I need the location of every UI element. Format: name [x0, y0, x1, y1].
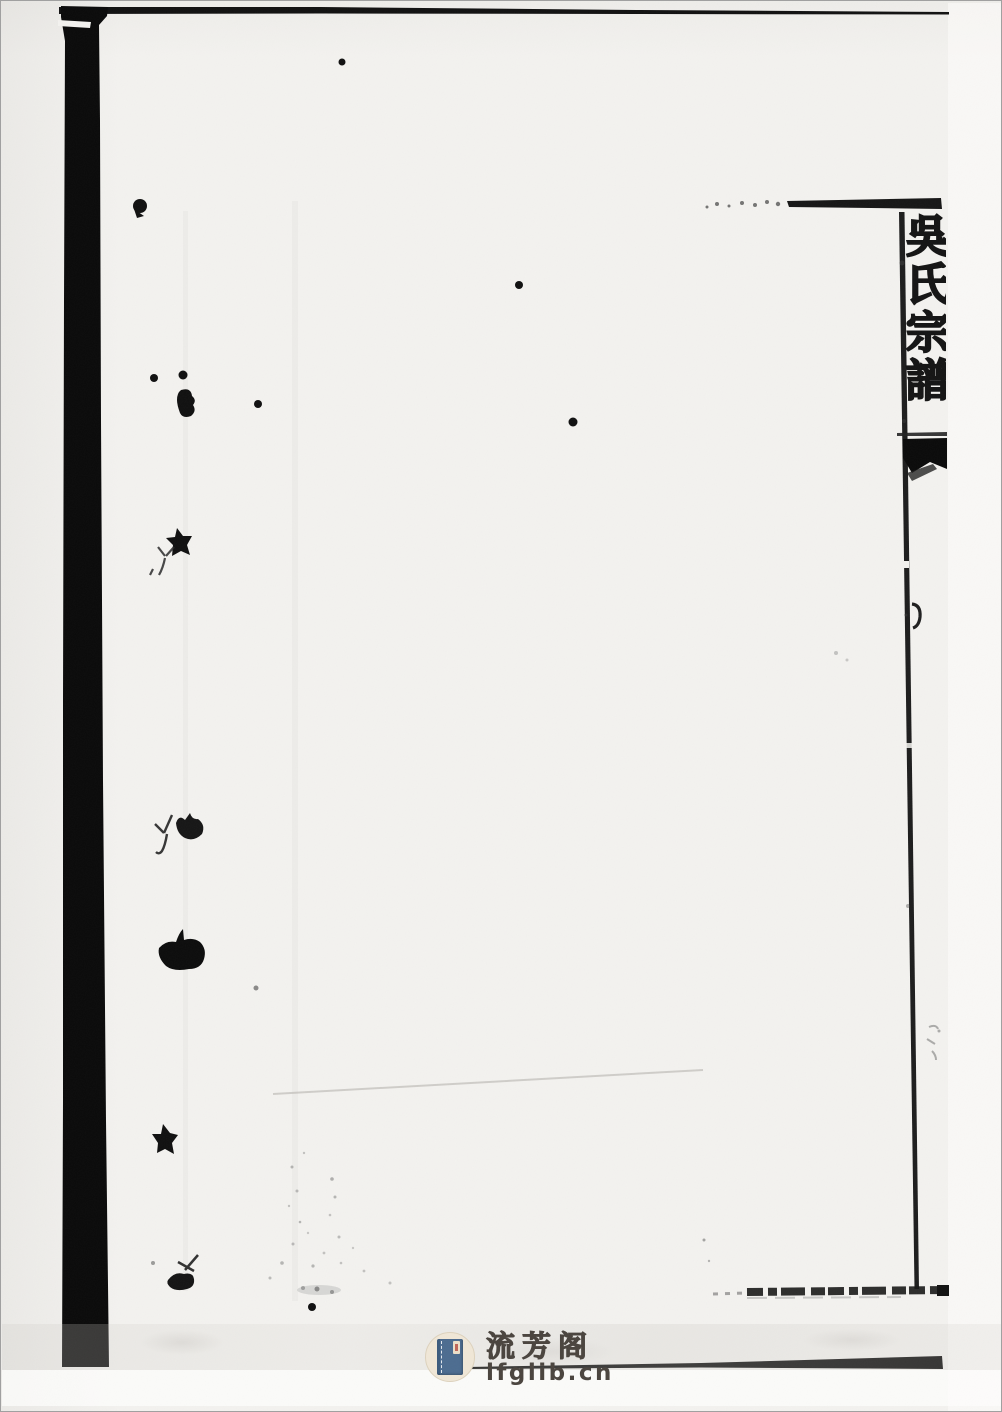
watermark-site-domain: lfglib.cn	[486, 1362, 614, 1384]
watermark-badge	[425, 1332, 475, 1382]
bottom-smudged-rule	[713, 1285, 949, 1298]
watermark: 流芳阁 lfglib.cn	[425, 1331, 614, 1383]
watermark-site-name: 流芳阁	[486, 1331, 614, 1361]
smudge-speckles	[269, 1070, 704, 1295]
left-binding-bar	[58, 6, 109, 1367]
spine-title: 吳氏宗譜	[902, 213, 946, 419]
scanned-page: 吳氏宗譜 流芳阁 lfglib.cn	[0, 0, 1002, 1412]
book-stitch-line	[441, 1341, 442, 1373]
scan-artifacts-layer	[1, 1, 1002, 1412]
book-title-label	[453, 1341, 460, 1354]
ink-blots	[133, 59, 578, 1312]
watermark-text: 流芳阁 lfglib.cn	[486, 1331, 614, 1384]
top-page-edge-line	[59, 7, 949, 15]
book-icon	[437, 1339, 463, 1375]
